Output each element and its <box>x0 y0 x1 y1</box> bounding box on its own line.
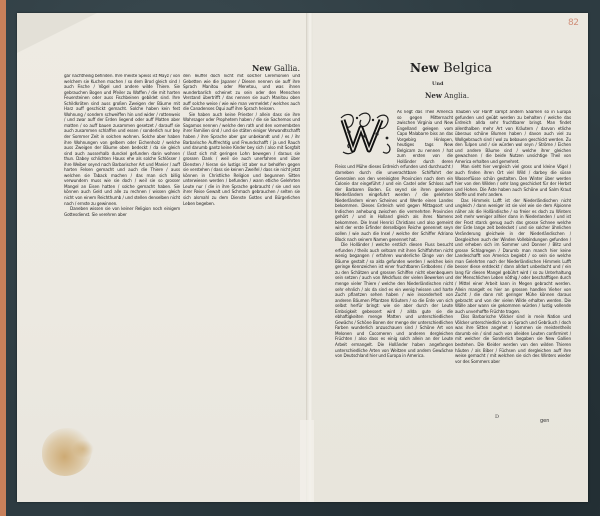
signature-mark: D <box>495 414 499 420</box>
left-edge-strip <box>0 0 6 516</box>
paragraph: den Teuffel doch nicht mit solcher Cerem… <box>183 74 300 113</box>
right-page-column-1: As liegt das Theil America so gegen Mitt… <box>335 110 453 414</box>
right-subtitle-fraktur: New <box>425 91 442 100</box>
pencil-annotation: 82 <box>568 18 578 28</box>
left-header-roman: Gallia. <box>274 64 300 73</box>
right-subtitle-roman: Anglia. <box>444 92 469 100</box>
initial-spacer <box>335 110 397 162</box>
paragraph: Das Himmels Lufft ist der Niederländisch… <box>455 199 571 315</box>
left-page-header: New Gallia. <box>252 63 300 73</box>
catchword: gen <box>540 418 549 424</box>
right-page-title: New Belgica <box>410 61 492 76</box>
paragraph: Trauben vor Hanff sampt andern Saamen so… <box>455 110 571 165</box>
right-title-fraktur: New <box>410 61 439 75</box>
paragraph: Sie haben auch keine Priester / allein d… <box>183 113 300 207</box>
foxing-stain-small <box>72 440 94 458</box>
left-page-column-2: den Teuffel doch nicht mit solcher Cerem… <box>183 74 300 229</box>
paragraph: gar nachtheilig befinden. Ihre meiste Sp… <box>64 74 180 207</box>
right-page-subtitle: New Anglia. <box>425 91 469 100</box>
left-header-fraktur: New <box>252 63 271 73</box>
paragraph: Daneben wissen sie von keiner Religion n… <box>64 207 180 218</box>
center-fold-tape-lower <box>300 420 314 502</box>
right-title-roman: Belgica <box>443 61 492 76</box>
paragraph: Diss Barbarische Völcker sind in mein Na… <box>455 315 571 365</box>
paragraph: Die Holländer / welche erstlich diesen F… <box>335 243 453 359</box>
right-page-column-2: Trauben vor Hanff sampt andern Saamen so… <box>455 110 571 414</box>
paragraph: Man sieht hier vergleich viel gross und … <box>455 165 571 198</box>
left-page-column-1: gar nachtheilig befinden. Ihre meiste Sp… <box>64 74 180 229</box>
corner-crease <box>17 13 97 53</box>
right-header-connector: Und <box>432 81 444 87</box>
